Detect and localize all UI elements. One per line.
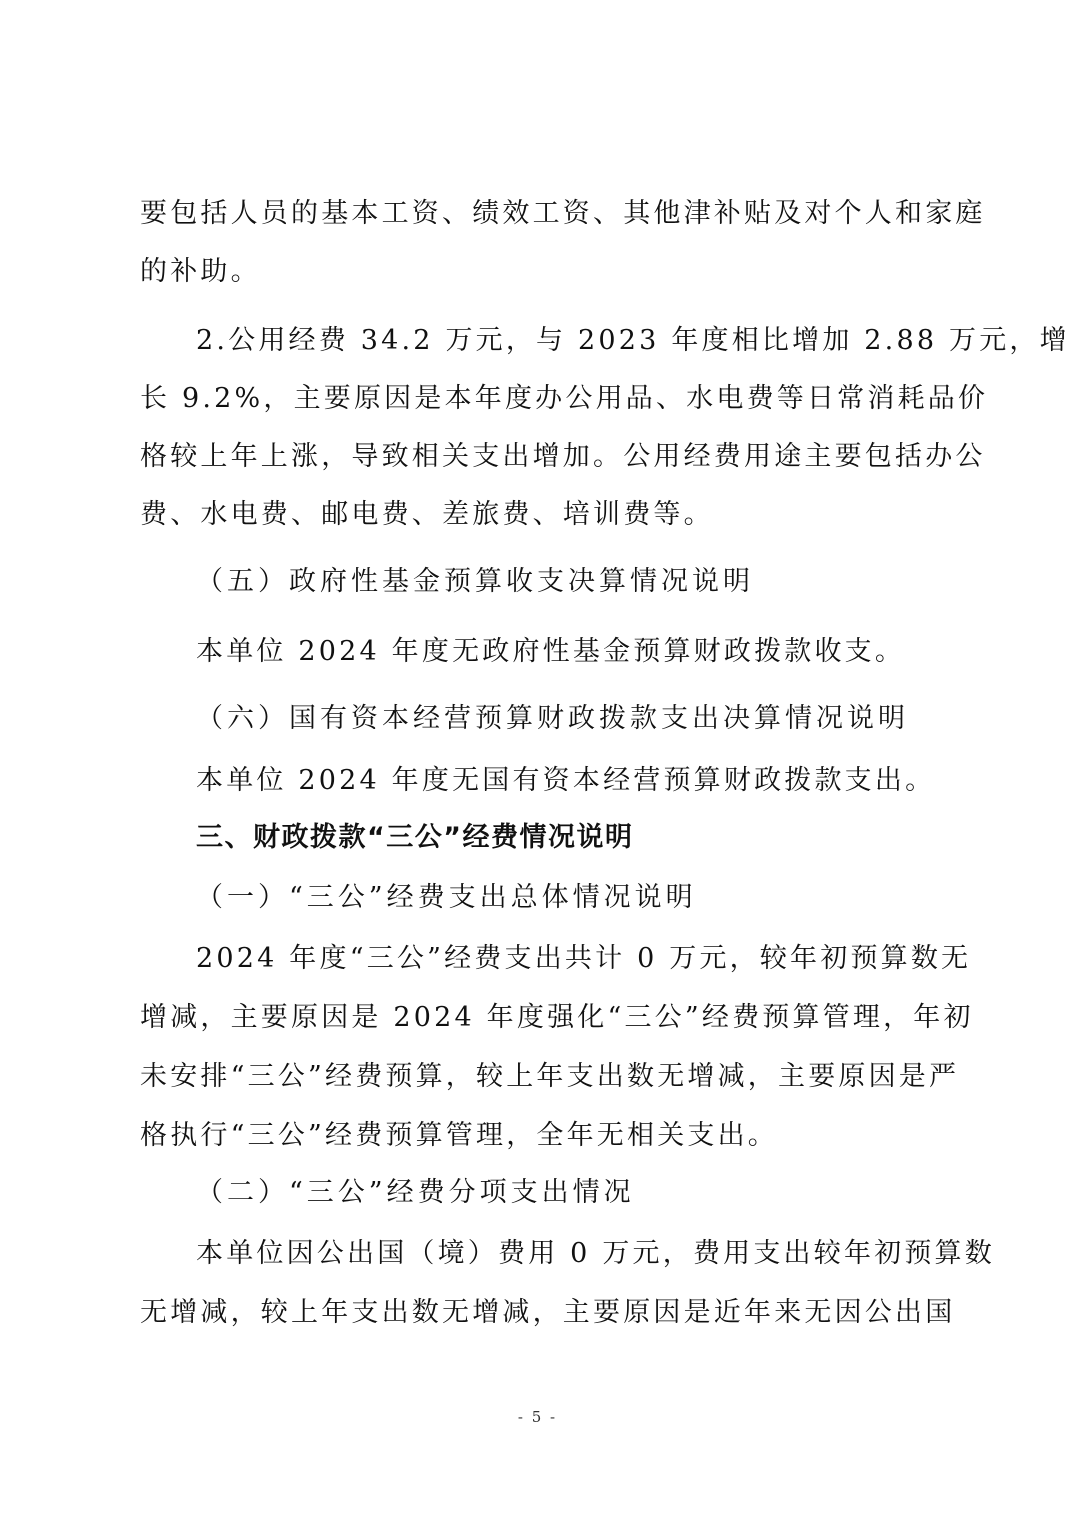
paragraph-line: 费、水电费、邮电费、差旅费、培训费等。 <box>140 499 940 531</box>
paragraph-three-public-overall: 2024 年度“三公”经费支出共计 0 万元，较年初预算数无 <box>196 943 996 975</box>
paragraph-line: 增减，主要原因是 2024 年度强化“三公”经费预算管理，年初 <box>140 1002 940 1034</box>
section-heading-three-public: 三、财政拨款“三公”经费情况说明 <box>196 822 996 854</box>
paragraph-line: 未安排“三公”经费预算，较上年支出数无增减，主要原因是严 <box>140 1061 940 1093</box>
paragraph-line: 格执行“三公”经费预算管理，全年无相关支出。 <box>140 1120 940 1152</box>
paragraph-overseas-travel: 本单位因公出国（境）费用 0 万元，费用支出较年初预算数 <box>196 1238 996 1270</box>
document-page: 要包括人员的基本工资、绩效工资、其他津补贴及对个人和家庭 的补助。 2.公用经费… <box>0 0 1075 1520</box>
paragraph-line: 长 9.2%，主要原因是本年度办公用品、水电费等日常消耗品价 <box>140 383 940 415</box>
paragraph-state-capital: 本单位 2024 年度无国有资本经营预算财政拨款支出。 <box>196 765 996 797</box>
paragraph-government-fund: 本单位 2024 年度无政府性基金预算财政拨款收支。 <box>196 636 996 668</box>
subheading-three-public-overall: （一）“三公”经费支出总体情况说明 <box>196 882 996 914</box>
paragraph-line: 要包括人员的基本工资、绩效工资、其他津补贴及对个人和家庭 <box>140 198 940 230</box>
page-number: - 5 - <box>0 1408 1075 1426</box>
paragraph-line: 无增减，较上年支出数无增减，主要原因是近年来无因公出国 <box>140 1297 940 1329</box>
subheading-state-capital: （六）国有资本经营预算财政拨款支出决算情况说明 <box>196 703 996 735</box>
paragraph-line: 格较上年上涨，导致相关支出增加。公用经费用途主要包括办公 <box>140 441 940 473</box>
paragraph-line: 的补助。 <box>140 256 940 288</box>
paragraph-public-funds: 2.公用经费 34.2 万元，与 2023 年度相比增加 2.88 万元，增 <box>196 325 996 357</box>
subheading-three-public-itemized: （二）“三公”经费分项支出情况 <box>196 1177 996 1209</box>
subheading-government-fund: （五）政府性基金预算收支决算情况说明 <box>196 566 996 598</box>
